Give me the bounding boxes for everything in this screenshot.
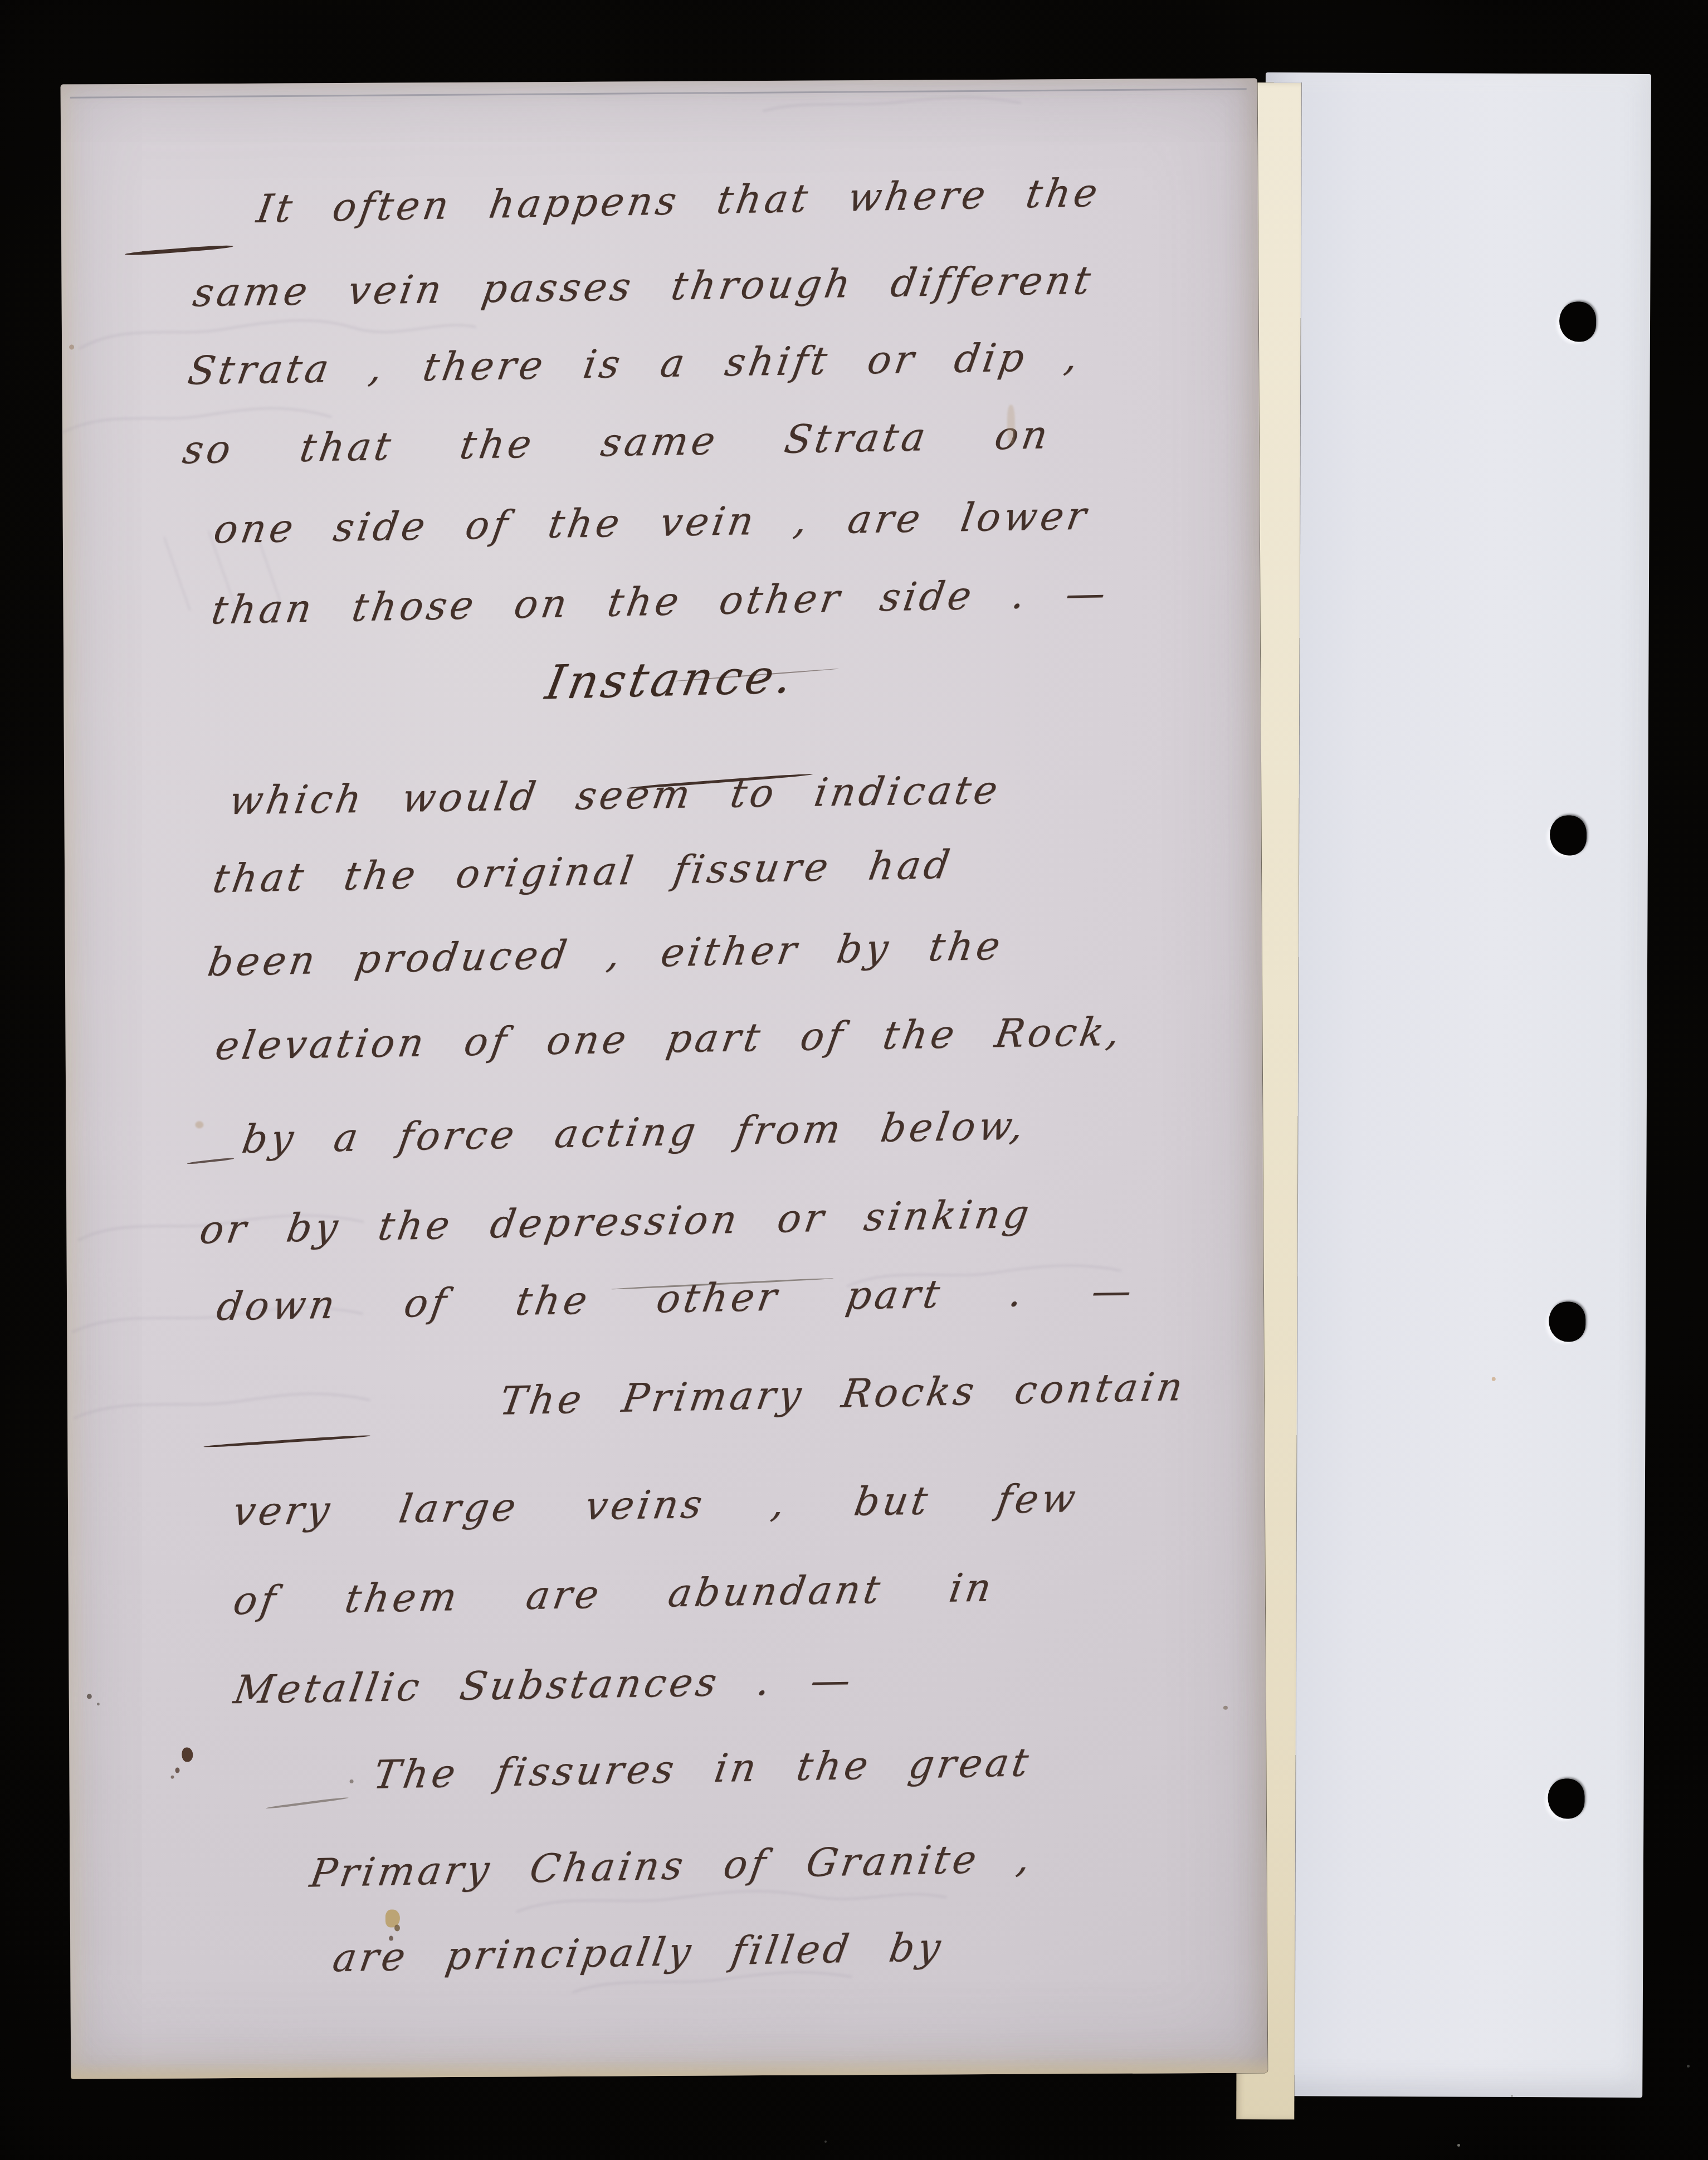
ink-blot bbox=[182, 1747, 193, 1762]
punch-hole bbox=[1548, 1778, 1584, 1818]
backing-sheet bbox=[1257, 72, 1651, 2098]
foxing-spot bbox=[195, 1121, 203, 1128]
dust-speck bbox=[824, 2141, 827, 2143]
punch-hole bbox=[1559, 301, 1596, 342]
foxing-spot bbox=[69, 345, 74, 350]
punch-hole bbox=[1550, 815, 1587, 855]
section-heading: Instance. bbox=[541, 649, 800, 710]
paper-smudge bbox=[1007, 405, 1015, 444]
manuscript-page: It often happens that where the same vei… bbox=[61, 78, 1268, 2079]
ink-speck bbox=[87, 1694, 92, 1699]
dust-speck bbox=[1687, 2065, 1690, 2068]
foxing-spot bbox=[1223, 1706, 1228, 1710]
dust-speck bbox=[1511, 2095, 1513, 2097]
ink-speck bbox=[389, 1936, 393, 1941]
dust-speck bbox=[1457, 2144, 1460, 2147]
ink-speck bbox=[97, 1703, 100, 1705]
ink-speck bbox=[175, 1768, 179, 1773]
photo-black-background: It often happens that where the same vei… bbox=[0, 0, 1708, 2160]
ink-speck bbox=[171, 1776, 174, 1779]
ink-stain bbox=[394, 1925, 400, 1932]
punch-hole bbox=[1549, 1301, 1585, 1342]
ink-speck bbox=[350, 1779, 354, 1783]
foxing-spot bbox=[1492, 1377, 1496, 1381]
